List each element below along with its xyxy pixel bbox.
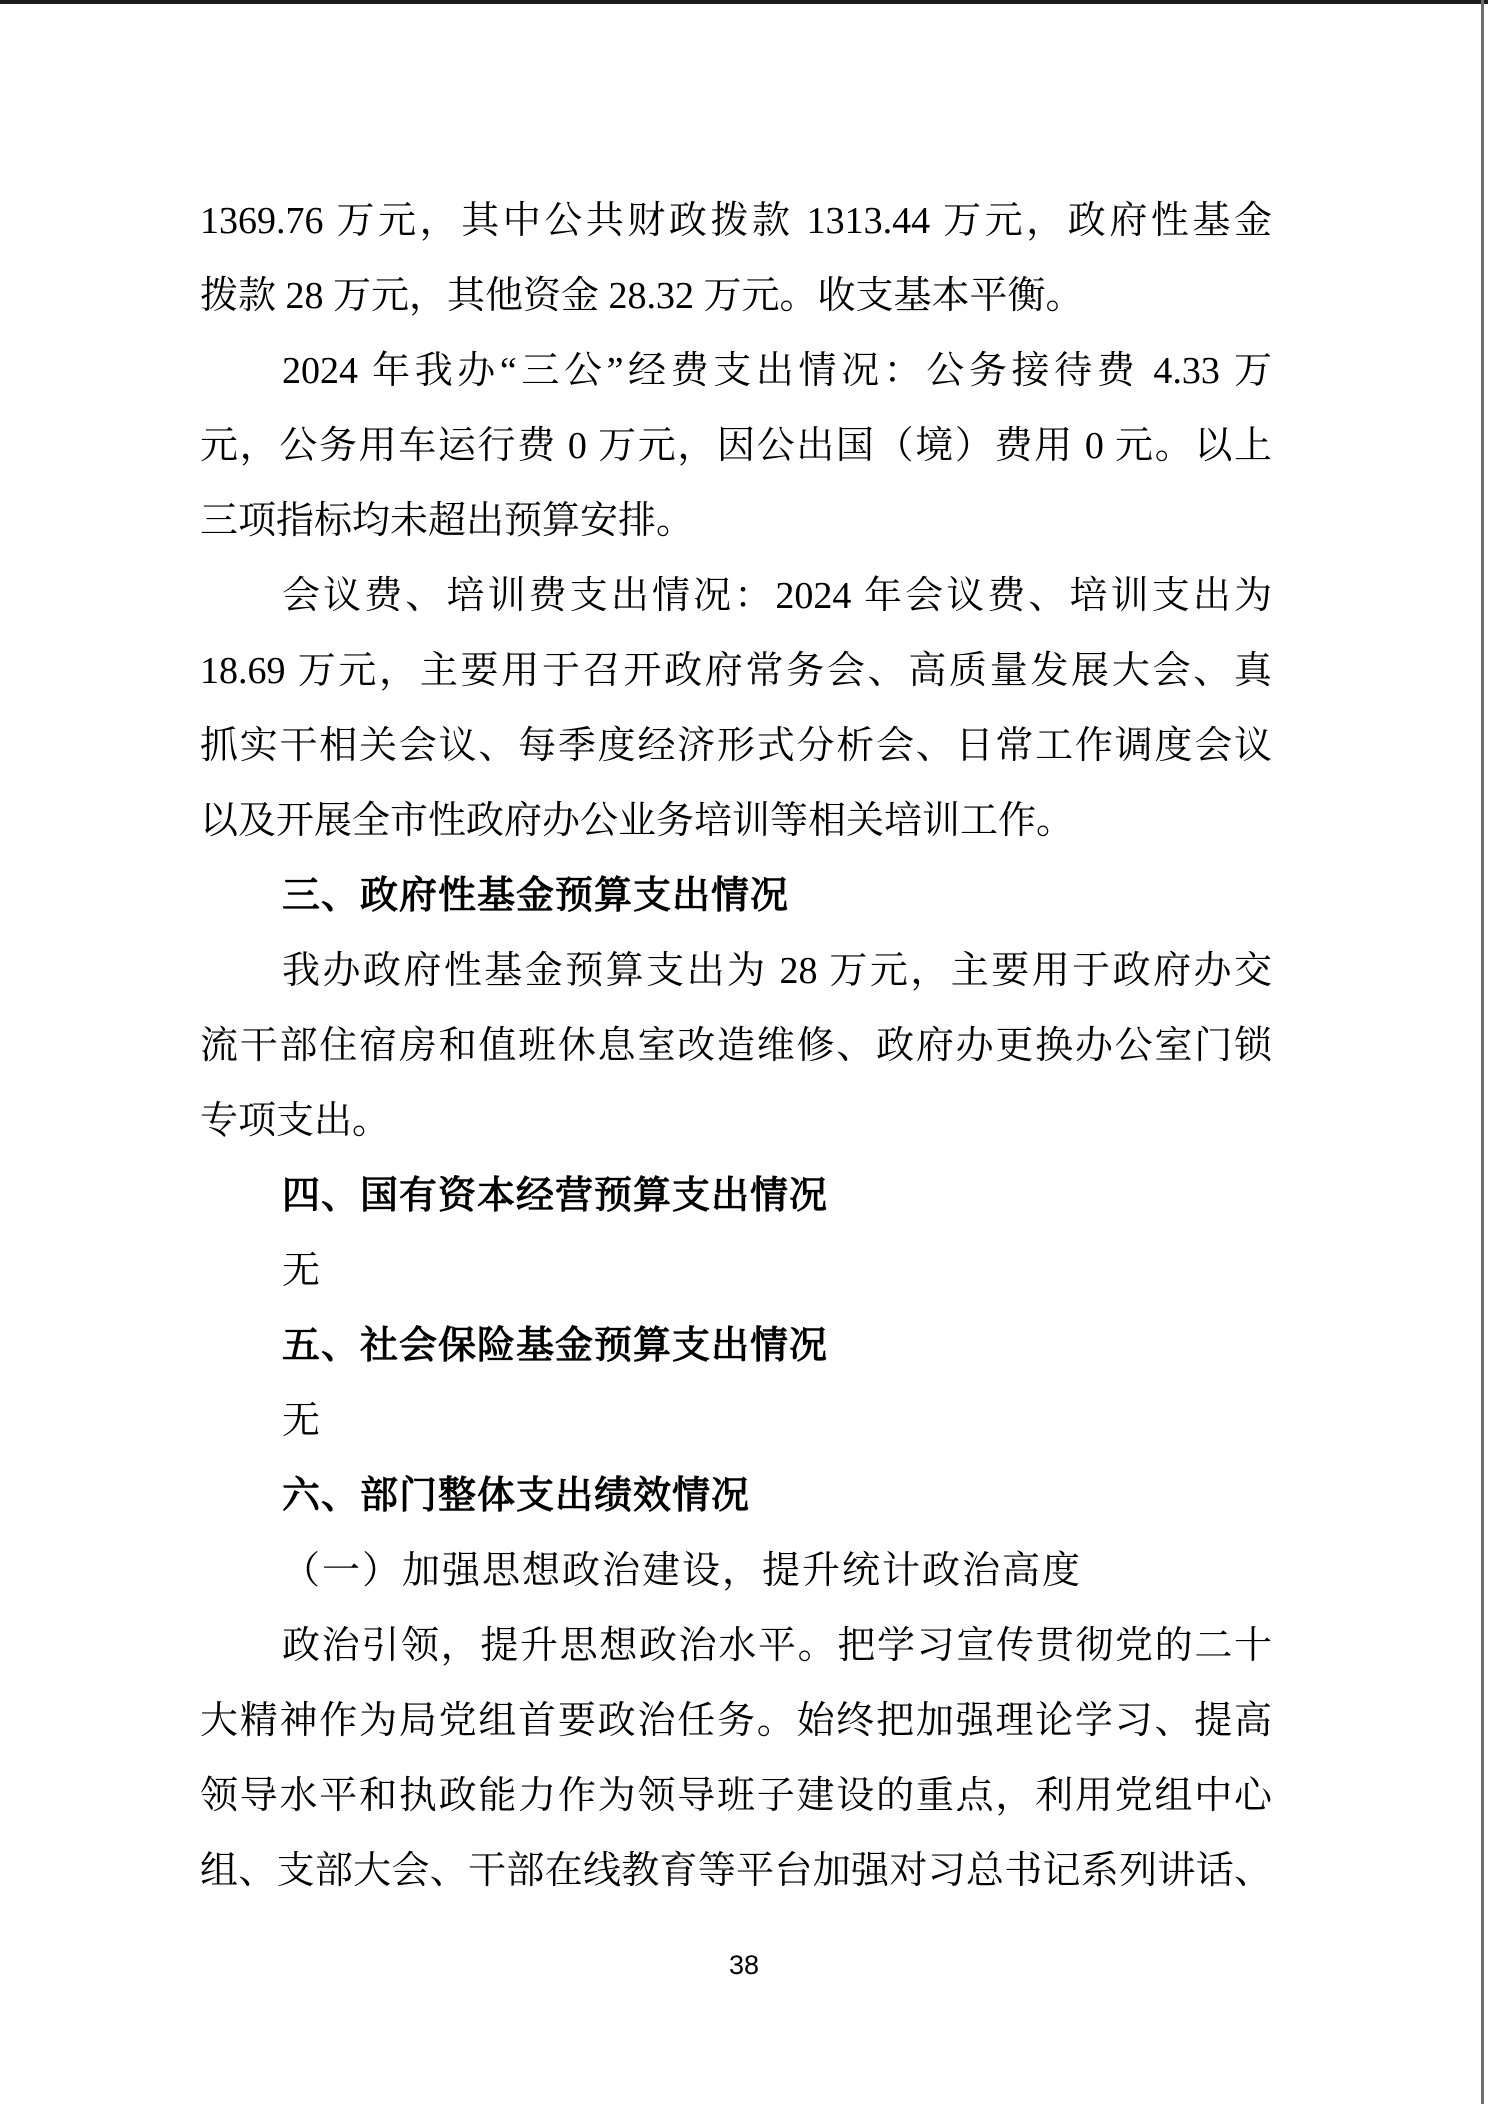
document-text-block: 1369.76 万元，其中公共财政拨款 1313.44 万元，政府性基金拨款 2… xyxy=(200,184,1272,1909)
text-line: 组、支部大会、干部在线教育等平台加强对习总书记系列讲话、 xyxy=(200,1834,1272,1909)
section-heading: 六、部门整体支出绩效情况 xyxy=(200,1459,1272,1534)
text-line: 政治引领，提升思想政治水平。把学习宣传贯彻党的二十 xyxy=(200,1609,1272,1684)
text-line: 三项指标均未超出预算安排。 xyxy=(200,484,1272,559)
text-line: 拨款 28 万元，其他资金 28.32 万元。收支基本平衡。 xyxy=(200,259,1272,334)
text-line: 18.69 万元，主要用于召开政府常务会、高质量发展大会、真 xyxy=(200,634,1272,709)
text-line: 我办政府性基金预算支出为 28 万元，主要用于政府办交 xyxy=(200,934,1272,1009)
text-line: 专项支出。 xyxy=(200,1084,1272,1159)
text-line: 无 xyxy=(200,1384,1272,1459)
text-line: 抓实干相关会议、每季度经济形式分析会、日常工作调度会议 xyxy=(200,709,1272,784)
text-line: 以及开展全市性政府办公业务培训等相关培训工作。 xyxy=(200,784,1272,859)
text-line: 1369.76 万元，其中公共财政拨款 1313.44 万元，政府性基金 xyxy=(200,184,1272,259)
text-line: 会议费、培训费支出情况：2024 年会议费、培训支出为 xyxy=(200,559,1272,634)
text-line: 2024 年我办“三公”经费支出情况：公务接待费 4.33 万 xyxy=(200,334,1272,409)
text-line: 元，公务用车运行费 0 万元，因公出国（境）费用 0 元。以上 xyxy=(200,409,1272,484)
text-line: 流干部住宿房和值班休息室改造维修、政府办更换办公室门锁 xyxy=(200,1009,1272,1084)
text-line: 领导水平和执政能力作为领导班子建设的重点，利用党组中心 xyxy=(200,1759,1272,1834)
sub-heading: （一）加强思想政治建设，提升统计政治高度 xyxy=(200,1534,1272,1609)
text-line: 大精神作为局党组首要政治任务。始终把加强理论学习、提高 xyxy=(200,1684,1272,1759)
page-right-edge-line xyxy=(1481,0,1484,2104)
document-page: { "document": { "page_number": "38", "li… xyxy=(0,0,1488,2104)
window-top-edge xyxy=(0,0,1488,4)
section-heading: 四、国有资本经营预算支出情况 xyxy=(200,1159,1272,1234)
section-heading: 三、政府性基金预算支出情况 xyxy=(200,859,1272,934)
text-line: 无 xyxy=(200,1234,1272,1309)
page-number: 38 xyxy=(0,1950,1488,1980)
section-heading: 五、社会保险基金预算支出情况 xyxy=(200,1309,1272,1384)
